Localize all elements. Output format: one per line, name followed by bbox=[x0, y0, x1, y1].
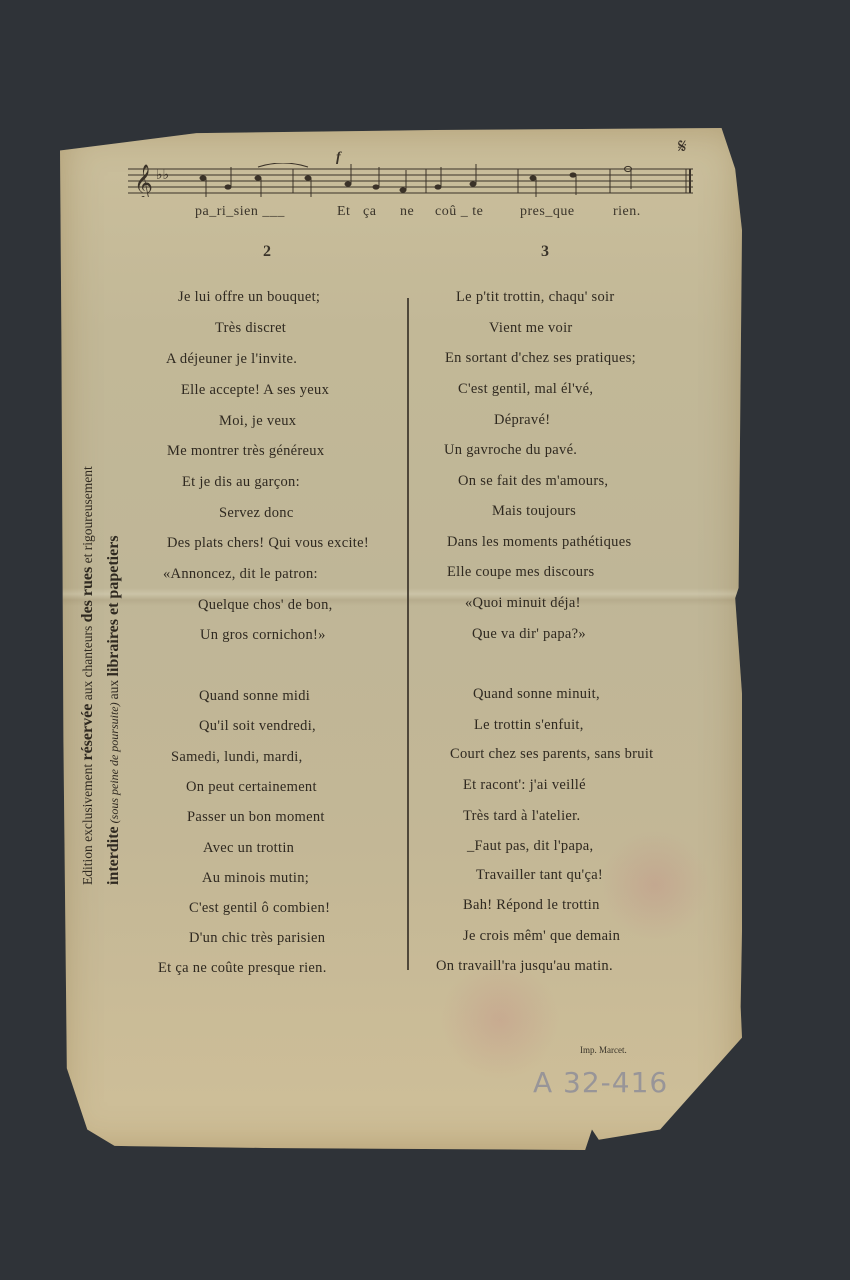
verse-line: Très discret bbox=[215, 320, 286, 337]
verse-line: Un gavroche du pavé. bbox=[444, 442, 577, 459]
verse-line: Que va dir' papa?» bbox=[472, 626, 586, 643]
edition-notice: Edition exclusivement réservée aux chant… bbox=[75, 285, 127, 885]
verse-line: Et je dis au garçon: bbox=[182, 474, 300, 491]
verse-line: Bah! Répond le trottin bbox=[463, 897, 600, 914]
music-lyrics: pa_ri_sien ___ Et ça ne coû _ te pres_qu… bbox=[130, 204, 690, 224]
verse-line: Le p'tit trottin, chaqu' soir bbox=[456, 289, 615, 306]
verse-line: Des plats chers! Qui vous excite! bbox=[167, 535, 369, 552]
verse-line: Passer un bon moment bbox=[187, 809, 325, 826]
lyric-syllable: pres_que bbox=[520, 204, 575, 220]
verse-line: Le trottin s'enfuit, bbox=[474, 717, 584, 734]
verse-line: A déjeuner je l'invite. bbox=[166, 351, 297, 368]
edition-notice-line-1: Edition exclusivement réservée aux chant… bbox=[75, 285, 101, 885]
svg-text:𝄞: 𝄞 bbox=[134, 164, 153, 197]
verse-line: Elle accepte! A ses yeux bbox=[181, 382, 329, 399]
edition-notice-line-2: interdite (sous peine de poursuite) aux … bbox=[101, 285, 127, 885]
verse-line: Je crois mêm' que demain bbox=[463, 928, 620, 945]
verse-line: Au minois mutin; bbox=[202, 870, 309, 887]
segno-sign: 𝄋 bbox=[678, 136, 687, 159]
verse-line: Quand sonne minuit, bbox=[473, 686, 600, 703]
dynamic-marking: f bbox=[336, 150, 341, 166]
verse-line: Servez donc bbox=[219, 505, 294, 522]
verse-line: «Quoi minuit déja! bbox=[465, 595, 581, 612]
verse-line: Un gros cornichon!» bbox=[200, 627, 326, 644]
ink-stain bbox=[440, 960, 560, 1080]
verse-line: Quand sonne midi bbox=[199, 688, 310, 705]
music-notation-icon: 𝄞 ♭♭ bbox=[128, 163, 693, 197]
lyric-syllable: pa_ri_sien ___ bbox=[195, 204, 285, 220]
verse-line: Et racont': j'ai veillé bbox=[463, 777, 586, 794]
verse-line: On se fait des m'amours, bbox=[458, 473, 608, 490]
verse-line: Et ça ne coûte presque rien. bbox=[158, 960, 327, 977]
verse-line: Samedi, lundi, mardi, bbox=[171, 749, 303, 766]
lyric-syllable: ne bbox=[400, 204, 414, 220]
verse-line: Dans les moments pathétiques bbox=[447, 534, 631, 551]
verse-line: Travailler tant qu'ça! bbox=[476, 867, 603, 884]
verse-line: On peut certainement bbox=[186, 779, 317, 796]
ink-stain bbox=[600, 830, 710, 940]
verse-line: Mais toujours bbox=[492, 503, 576, 520]
verse-line: _Faut pas, dit l'papa, bbox=[467, 838, 593, 855]
verse-number-2: 2 bbox=[263, 243, 271, 261]
verse-number-3: 3 bbox=[541, 243, 549, 261]
lyric-syllable: Et bbox=[337, 204, 350, 220]
verse-line: Dépravé! bbox=[494, 412, 550, 429]
archive-number: A 32-416 bbox=[533, 1066, 668, 1099]
music-staff: 𝄞 ♭♭ bbox=[128, 163, 693, 197]
verse-line: «Annoncez, dit le patron: bbox=[163, 566, 318, 583]
verse-line: En sortant d'chez ses pratiques; bbox=[445, 350, 636, 367]
verse-line: D'un chic très parisien bbox=[189, 930, 325, 947]
paper-sheet bbox=[60, 128, 742, 1150]
lyric-syllable: rien. bbox=[613, 204, 641, 220]
printer-imprint: Imp. Marcet. bbox=[580, 1045, 627, 1055]
verse-line: On travaill'ra jusqu'au matin. bbox=[436, 958, 613, 975]
verse-line: Court chez ses parents, sans bruit bbox=[450, 746, 654, 763]
verse-line: Qu'il soit vendredi, bbox=[199, 718, 316, 735]
svg-text:♭♭: ♭♭ bbox=[156, 168, 169, 183]
lyric-syllable: coû _ te bbox=[435, 204, 483, 220]
verse-line: Me montrer très généreux bbox=[167, 443, 324, 460]
column-divider bbox=[407, 298, 409, 970]
verse-line: Elle coupe mes discours bbox=[447, 564, 594, 581]
verse-line: Moi, je veux bbox=[219, 413, 296, 430]
verse-line: Je lui offre un bouquet; bbox=[178, 289, 320, 306]
lyric-syllable: ça bbox=[363, 204, 376, 220]
verse-line: Avec un trottin bbox=[203, 840, 294, 857]
verse-line: Vient me voir bbox=[489, 320, 573, 337]
verse-line: C'est gentil, mal él'vé, bbox=[458, 381, 593, 398]
verse-line: Très tard à l'atelier. bbox=[463, 808, 580, 825]
verse-line: C'est gentil ô combien! bbox=[189, 900, 330, 917]
verse-line: Quelque chos' de bon, bbox=[198, 597, 333, 614]
